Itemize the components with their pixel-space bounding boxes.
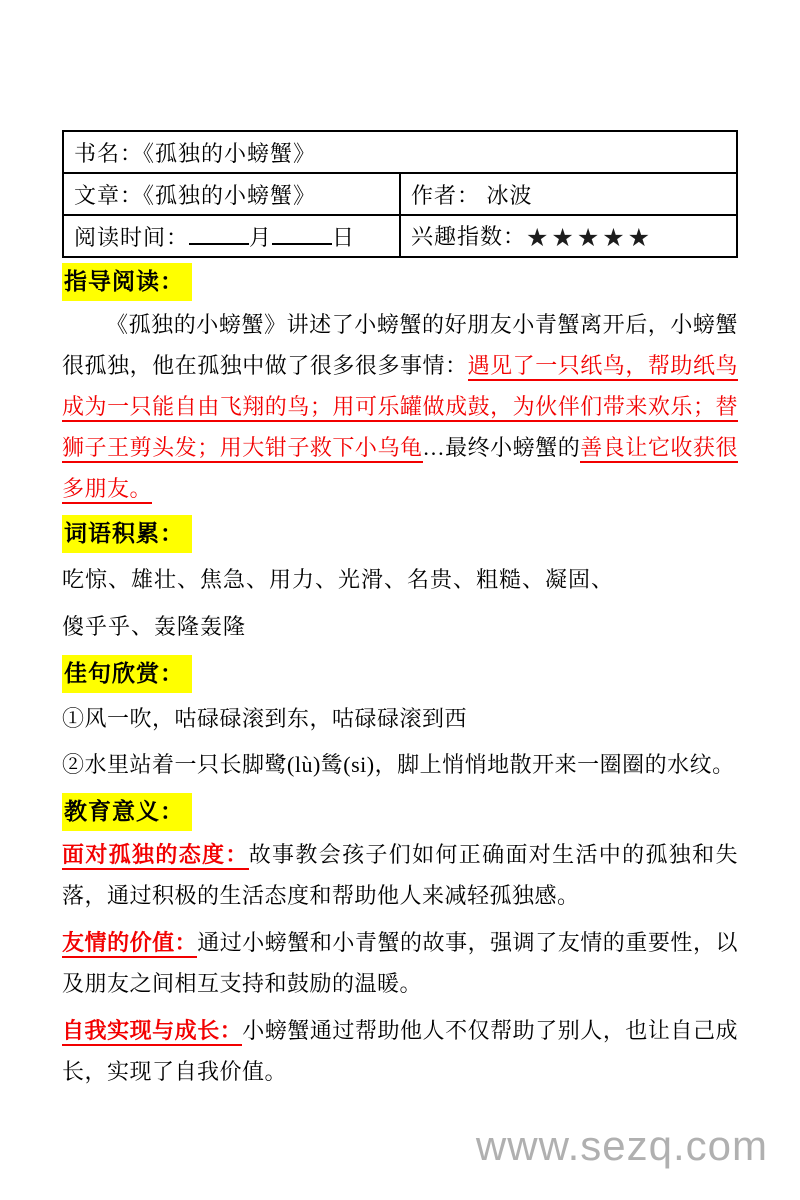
meaning-paragraph-2: 友情的价值：通过小螃蟹和小青蟹的故事，强调了友情的重要性，以及朋友之间相互支持和… bbox=[62, 922, 738, 1004]
meaning-section-heading: 教育意义： bbox=[62, 793, 192, 831]
page-content: 书名：《孤独的小螃蟹》 文章：《孤独的小螃蟹》 作者： 冰波 阅读时间：月日 兴… bbox=[62, 130, 738, 1098]
words-line-1: 吃惊、雄壮、焦急、用力、光滑、名贵、粗糙、凝固、 bbox=[62, 556, 738, 603]
article-name-cell: 文章：《孤独的小螃蟹》 bbox=[63, 173, 400, 215]
guide-header-row: 指导阅读： bbox=[62, 263, 738, 301]
sentence-item-1: ①风一吹，咕碌碌滚到东，咕碌碌滚到西 bbox=[62, 696, 738, 742]
interest-cell: 兴趣指数：★★★★★ bbox=[400, 215, 737, 257]
table-row: 阅读时间：月日 兴趣指数：★★★★★ bbox=[63, 215, 737, 257]
words-section-heading: 词语积累： bbox=[62, 515, 192, 553]
month-blank-line bbox=[189, 227, 249, 245]
reading-note-page: 书名：《孤独的小螃蟹》 文章：《孤独的小螃蟹》 作者： 冰波 阅读时间：月日 兴… bbox=[0, 0, 800, 1200]
meaning-label-3: 自我实现与成长： bbox=[62, 1018, 242, 1046]
meaning-header-row: 教育意义： bbox=[62, 793, 738, 831]
meaning-paragraph-1: 面对孤独的态度：故事教会孩子们如何正确面对生活中的孤独和失落，通过积极的生活态度… bbox=[62, 834, 738, 916]
guide-section-heading: 指导阅读： bbox=[62, 263, 192, 301]
reading-time-label: 阅读时间： bbox=[74, 225, 189, 250]
words-header-row: 词语积累： bbox=[62, 515, 738, 553]
interest-label: 兴趣指数： bbox=[411, 224, 526, 249]
book-info-table: 书名：《孤独的小螃蟹》 文章：《孤独的小螃蟹》 作者： 冰波 阅读时间：月日 兴… bbox=[62, 130, 738, 258]
table-row: 书名：《孤独的小螃蟹》 bbox=[63, 131, 737, 173]
reading-time-cell: 阅读时间：月日 bbox=[63, 215, 400, 257]
guide-paragraph: 《孤独的小螃蟹》讲述了小螃蟹的好朋友小青蟹离开后，小螃蟹很孤独，他在孤独中做了很… bbox=[62, 304, 738, 509]
meaning-label-1: 面对孤独的态度： bbox=[62, 842, 249, 870]
book-name-cell: 书名：《孤独的小螃蟹》 bbox=[63, 131, 737, 173]
sentences-header-row: 佳句欣赏： bbox=[62, 655, 738, 693]
sentences-section-heading: 佳句欣赏： bbox=[62, 655, 192, 693]
day-blank-line bbox=[272, 227, 332, 245]
table-row: 文章：《孤独的小螃蟹》 作者： 冰波 bbox=[63, 173, 737, 215]
site-watermark: www.sezq.com bbox=[476, 1122, 768, 1170]
day-label: 日 bbox=[332, 225, 355, 250]
author-cell: 作者： 冰波 bbox=[400, 173, 737, 215]
meaning-label-2: 友情的价值： bbox=[62, 930, 197, 958]
meaning-paragraph-3: 自我实现与成长：小螃蟹通过帮助他人不仅帮助了别人，也让自己成长，实现了自我价值。 bbox=[62, 1010, 738, 1092]
month-label: 月 bbox=[249, 225, 272, 250]
guide-text-black-2: …最终小螃蟹的 bbox=[423, 435, 581, 460]
words-line-2: 傻乎乎、轰隆轰隆 bbox=[62, 603, 738, 650]
star-rating: ★★★★★ bbox=[526, 223, 653, 252]
sentence-item-2: ②水里站着一只长脚鹭(lù)鸶(si)，脚上悄悄地散开来一圈圈的水纹。 bbox=[62, 742, 738, 788]
